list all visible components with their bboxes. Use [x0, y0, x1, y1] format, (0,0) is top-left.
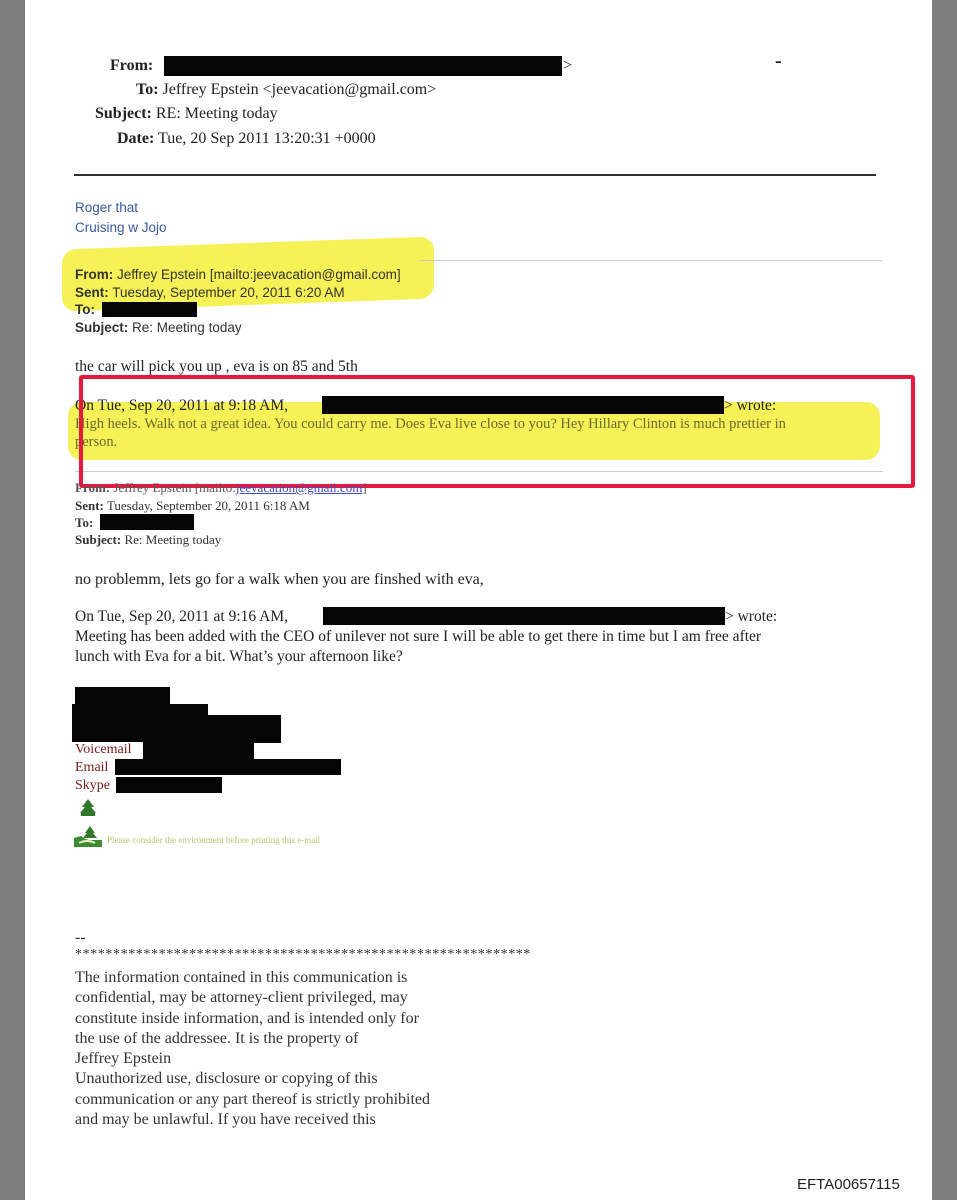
quoted-3-sent: Sent: Tuesday, September 20, 2011 6:18 A…: [75, 498, 310, 514]
quoted-4-wrote: > wrote:: [725, 608, 777, 626]
quote-divider-1: [420, 260, 882, 261]
quoted-1-subject: Subject: Re: Meeting today: [75, 320, 242, 335]
reply-line-2: Cruising w Jojo: [75, 220, 167, 235]
quoted-4-body-line-2: lunch with Eva for a bit. What’s your af…: [75, 648, 403, 666]
disclaimer-line: communication or any part thereof is str…: [75, 1090, 430, 1110]
quoted-1-to: To:: [75, 302, 95, 317]
quoted-3-body: no problemm, lets go for a walk when you…: [75, 571, 484, 589]
quoted-3-subject: Subject: Re: Meeting today: [75, 532, 221, 548]
quoted-4-intro: On Tue, Sep 20, 2011 at 9:16 AM,: [75, 608, 288, 626]
disclaimer-text: The information contained in this commun…: [75, 968, 430, 1130]
corner-mark: -: [775, 50, 782, 73]
redaction-bar: [146, 715, 281, 743]
tree-icon: [78, 799, 98, 817]
redaction-bar: [164, 56, 562, 76]
email-link[interactable]: jeevacation@gmail.com: [236, 480, 362, 495]
disclaimer-line: the use of the addressee. It is the prop…: [75, 1029, 430, 1049]
disclaimer-line: constitute inside information, and is in…: [75, 1009, 430, 1029]
reply-line-1: Roger that: [75, 200, 138, 215]
disclaimer-stars: ****************************************…: [75, 945, 531, 965]
quoted-1-sent: Sent: Tuesday, September 20, 2011 6:20 A…: [75, 285, 345, 300]
redaction-bar: [323, 607, 725, 625]
quoted-3-to: To:: [75, 515, 93, 531]
redaction-bar: [143, 742, 254, 759]
header-to: To: Jeffrey Epstein <jeevacation@gmail.c…: [136, 81, 436, 99]
header-from: From:: [110, 57, 153, 75]
signature-skype-label: Skype: [75, 778, 110, 794]
disclaimer-line: confidential, may be attorney-client pri…: [75, 988, 430, 1008]
header-date: Date: Tue, 20 Sep 2011 13:20:31 +0000: [117, 130, 376, 148]
quoted-1-body: the car will pick you up , eva is on 85 …: [75, 358, 358, 376]
disclaimer-line: and may be unlawful. If you have receive…: [75, 1110, 430, 1130]
redaction-bar: [100, 514, 194, 530]
redaction-bar: [102, 302, 197, 317]
redaction-bar: [116, 777, 222, 793]
tree-landscape-icon: [73, 826, 103, 848]
redaction-bar: [75, 687, 170, 704]
quoted-1-from: From: Jeffrey Epstein [mailto:jeevacatio…: [75, 267, 401, 282]
disclaimer-line: Unauthorized use, disclosure or copying …: [75, 1069, 430, 1089]
redaction-bar: [115, 759, 341, 775]
document-id: EFTA00657115: [797, 1176, 900, 1193]
header-divider: [74, 174, 876, 176]
disclaimer-line: Jeffrey Epstein: [75, 1049, 430, 1069]
quoted-4-body-line-1: Meeting has been added with the CEO of u…: [75, 628, 761, 646]
annotation-box: [79, 375, 915, 488]
signature-voicemail-label: Voicemail: [75, 742, 132, 758]
signature-email-label: Email: [75, 760, 108, 776]
quoted-3-from: From: Jeffrey Epstein [mailto:jeevacatio…: [75, 480, 367, 496]
disclaimer-line: The information contained in this commun…: [75, 968, 430, 988]
header-subject: Subject: RE: Meeting today: [95, 105, 278, 123]
eco-note: Please consider the environment before p…: [107, 835, 320, 845]
header-from-suffix: >: [563, 57, 572, 75]
